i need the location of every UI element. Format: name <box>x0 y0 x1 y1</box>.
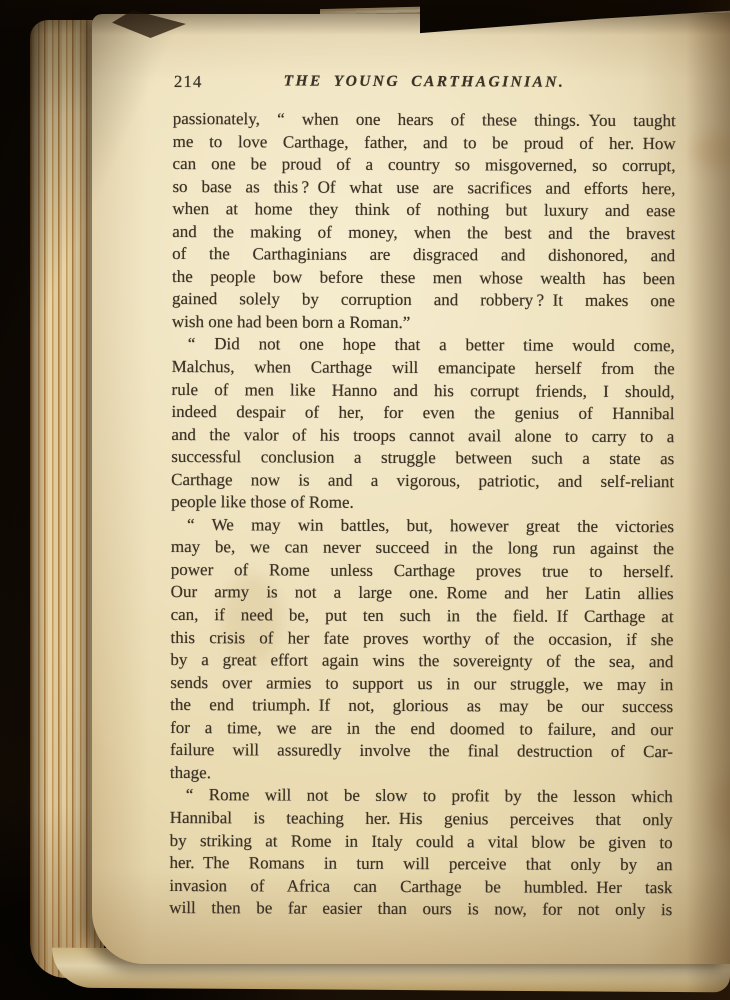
book-page: 214 THE YOUNG CARTHAGINIAN. passionately… <box>92 14 730 964</box>
text-line: Our army is not a large one. Rome and he… <box>171 581 674 606</box>
text-line: by striking at Rome in Italy could a vit… <box>170 829 673 854</box>
text-line: thage. <box>170 762 673 787</box>
text-line: for a time, we are in the end doomed to … <box>170 717 673 742</box>
text-line: so base as this ? Of what use are sacrif… <box>172 176 675 201</box>
page-content: 214 THE YOUNG CARTHAGINIAN. passionately… <box>169 64 676 922</box>
page-header: 214 THE YOUNG CARTHAGINIAN. <box>173 64 676 110</box>
text-line: successful conclusion a struggle between… <box>171 446 674 471</box>
text-line: can one be proud of a country so misgove… <box>173 153 676 178</box>
text-line: of the Carthaginians are disgraced and d… <box>172 243 675 268</box>
text-line: passionately, “ when one hears of these … <box>173 108 676 133</box>
running-head: THE YOUNG CARTHAGINIAN. <box>173 72 676 92</box>
text-line: “ Rome will not be slow to profit by the… <box>170 784 673 809</box>
text-line: rule of men like Hanno and his corrupt f… <box>172 379 675 404</box>
text-line: gained solely by corruption and robbery … <box>172 288 675 313</box>
text-line: failure will assuredly involve the final… <box>170 739 673 764</box>
text-line: Malchus, when Carthage will emancipate h… <box>172 356 675 381</box>
text-line: will then be far easier than ours is now… <box>169 897 672 922</box>
book-photo: 214 THE YOUNG CARTHAGINIAN. passionately… <box>0 0 730 1000</box>
text-line: indeed despair of her, for even the geni… <box>171 401 674 426</box>
text-line: power of Rome unless Carthage proves tru… <box>171 559 674 584</box>
text-line: “ Did not one hope that a better time wo… <box>172 333 675 358</box>
text-line: wish one had been born a Roman.” <box>172 311 675 336</box>
foxing-spot <box>692 134 730 168</box>
text-line: sends over armies to support us in our s… <box>170 672 673 697</box>
text-line: Hannibal is teaching her. His genius per… <box>170 807 673 832</box>
text-line: me to love Carthage, father, and to be p… <box>173 131 676 156</box>
text-line: and the valor of his troops cannot avail… <box>171 424 674 449</box>
text-line: can, if need be, put ten such in the fie… <box>171 604 674 629</box>
text-line: invasion of Africa can Carthage be humbl… <box>169 875 672 900</box>
text-line: her. The Romans in turn will perceive th… <box>169 852 672 877</box>
text-line: the end triumph. If not, glorious as may… <box>170 694 673 719</box>
text-line: people like those of Rome. <box>171 491 674 516</box>
text-line: Carthage now is and a vigorous, patrioti… <box>171 469 674 494</box>
text-line: by a great effort again wins the soverei… <box>170 649 673 674</box>
text-line: the people bow before these men whose we… <box>172 266 675 291</box>
text-line: and the making of money, when the best a… <box>172 221 675 246</box>
text-line: “ We may win battles, but, however great… <box>171 514 674 539</box>
foxing-spot <box>712 774 730 844</box>
text-line: when at home they think of nothing but l… <box>172 198 675 223</box>
text-line: may be, we can never succeed in the long… <box>171 536 674 561</box>
page-body: passionately, “ when one hears of these … <box>169 108 676 922</box>
text-line: this crisis of her fate proves worthy of… <box>170 627 673 652</box>
